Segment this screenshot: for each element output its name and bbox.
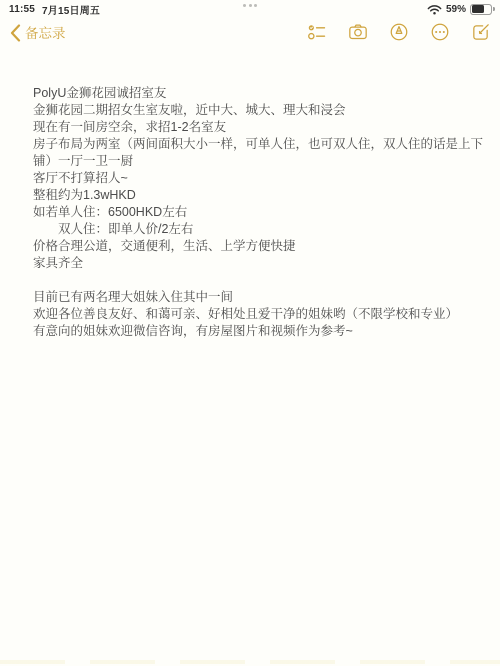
note-line: 双人住：即单人价/2左右 [33,221,492,238]
note-line: PolyU金狮花园诚招室友 [33,85,492,102]
note-line: 客厅不打算招人~ [33,170,492,187]
note-text-area[interactable]: PolyU金狮花园诚招室友 金狮花园二期招女生室友啦，近中大、城大、理大和浸会 … [33,85,492,340]
camera-icon[interactable] [348,22,368,42]
chevron-left-icon [10,24,21,41]
note-line: 现在有一间房空余，求招1-2名室友 [33,119,492,136]
compose-icon[interactable] [471,22,491,42]
wifi-icon [427,4,442,15]
note-line [33,272,492,289]
note-line: 整租约为1.3wHKD [33,187,492,204]
status-time: 11:55 [9,4,35,15]
note-line: 有意向的姐妹欢迎微信咨询，有房屋图片和视频作为参考~ [33,323,492,340]
status-bar: 11:55 7月15日周五 59% [0,0,500,16]
note-line: 金狮花园二期招女生室友啦，近中大、城大、理大和浸会 [33,102,492,119]
note-line: 房子布局为两室（两间面积大小一样，可单人住，也可双人住，双人住的话是上下 [33,136,492,153]
note-toolbar [307,22,491,42]
note-line: 铺）一厅一卫一厨 [33,153,492,170]
more-icon[interactable] [430,22,450,42]
checklist-icon[interactable] [307,22,327,42]
markup-icon[interactable] [389,22,409,42]
battery-percent: 59% [446,4,466,15]
note-line: 欢迎各位善良友好、和蔼可亲、好相处且爱干净的姐妹哟（不限学校和专业） [33,306,492,323]
note-line: 目前已有两名理大姐妹入住其中一间 [33,289,492,306]
bottom-cropped-artifact [0,660,500,664]
battery-icon [470,4,492,15]
note-line: 价格合理公道，交通便利，生活、上学方便快捷 [33,238,492,255]
status-date: 7月15日周五 [42,2,100,17]
multitask-handle-icon[interactable] [243,4,257,7]
back-label: 备忘录 [25,22,66,42]
back-button[interactable]: 备忘录 [10,22,66,42]
nav-bar: 备忘录 [0,18,500,46]
note-line: 家具齐全 [33,255,492,272]
note-line: 如若单人住：6500HKD左右 [33,204,492,221]
